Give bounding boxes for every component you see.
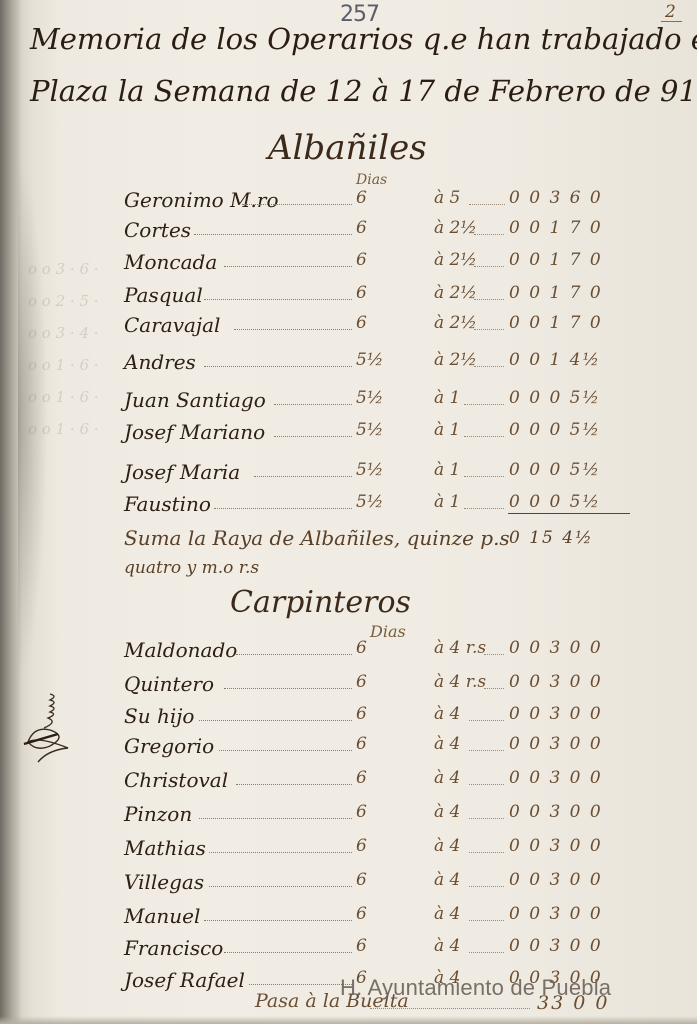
- dotted-leader: [464, 436, 504, 437]
- dotted-leader: [469, 818, 504, 819]
- worker-rate: à 2½: [434, 350, 477, 370]
- worker-days: 5½: [356, 460, 383, 480]
- worker-rate: à 2½: [434, 250, 477, 270]
- bleed-through-text: o o 1 · 6 ·: [28, 388, 99, 406]
- dotted-leader: [224, 952, 352, 953]
- worker-name: Maldonado: [124, 638, 237, 662]
- document-title-line-2: Plaza la Semana de 12 à 17 de Febrero de…: [30, 74, 697, 108]
- worker-row: Quintero 6 à 4 r.s 0 0 3 0 0: [124, 672, 664, 700]
- sum-label: Suma la Raya de Albañiles, quinze p.s: [124, 526, 510, 550]
- worker-days: 5½: [356, 388, 383, 408]
- dotted-leader: [474, 266, 504, 267]
- dotted-leader: [464, 404, 504, 405]
- dotted-leader: [274, 436, 352, 437]
- worker-days: 6: [356, 188, 367, 208]
- dotted-leader: [469, 886, 504, 887]
- worker-name: Juan Santiago: [124, 388, 266, 412]
- dotted-leader: [474, 329, 504, 330]
- worker-row: Josef Mariano 5½ à 1 0 0 0 5½: [124, 420, 664, 448]
- worker-rate: à 5: [434, 188, 460, 208]
- worker-name: Gregorio: [124, 734, 214, 758]
- worker-name: Pasqual: [124, 283, 203, 307]
- dotted-leader: [224, 688, 352, 689]
- albaniles-sum-continuation: quatro y m.o r.s: [124, 558, 259, 578]
- sum-amount: 0 15 4½: [509, 528, 594, 548]
- dotted-leader: [370, 1008, 530, 1009]
- dotted-leader: [469, 750, 504, 751]
- worker-row: Faustino 5½ à 1 0 0 0 5½: [124, 492, 664, 520]
- dotted-leader: [274, 404, 352, 405]
- worker-days: 6: [356, 836, 367, 856]
- worker-amount: 0 0 1 7 0: [509, 250, 603, 270]
- worker-rate: à 1: [434, 460, 460, 480]
- worker-name: Cortes: [124, 218, 191, 242]
- dotted-leader: [464, 508, 504, 509]
- dotted-leader: [484, 654, 504, 655]
- dotted-leader: [209, 852, 352, 853]
- dotted-leader: [204, 299, 352, 300]
- page-number: 2: [665, 2, 676, 22]
- document-title-line-1: Memoria de los Operarios q.e han trabaja…: [30, 22, 697, 56]
- worker-row: Gregorio 6 à 4 0 0 3 0 0: [124, 734, 664, 762]
- dotted-leader: [254, 476, 352, 477]
- worker-days: 6: [356, 936, 367, 956]
- worker-name: Francisco: [124, 936, 223, 960]
- worker-rate: à 1: [434, 388, 460, 408]
- worker-row: Pinzon 6 à 4 0 0 3 0 0: [124, 802, 664, 830]
- dotted-leader: [484, 688, 504, 689]
- worker-amount: 0 0 3 0 0: [509, 704, 603, 724]
- worker-amount: 0 0 3 0 0: [509, 870, 603, 890]
- worker-amount: 0 0 3 0 0: [509, 836, 603, 856]
- signature-flourish-icon: [20, 690, 80, 770]
- dotted-leader: [469, 784, 504, 785]
- worker-name: Quintero: [124, 672, 214, 696]
- dotted-leader: [469, 852, 504, 853]
- sum-rule: [508, 513, 630, 514]
- worker-row: Manuel 6 à 4 0 0 3 0 0: [124, 904, 664, 932]
- worker-name: Villegas: [124, 870, 204, 894]
- worker-row: Cortes 6 à 2½ 0 0 1 7 0: [124, 218, 664, 246]
- worker-days: 5½: [356, 420, 383, 440]
- worker-name: Josef Mariano: [124, 420, 265, 444]
- title-line-2-text: Plaza la Semana de 12 à 17 de Febrero de…: [30, 74, 697, 108]
- worker-days: 6: [356, 734, 367, 754]
- dotted-leader: [204, 920, 352, 921]
- dotted-leader: [209, 886, 352, 887]
- dotted-leader: [474, 366, 504, 367]
- bleed-through-text: o o 1 · 6 ·: [28, 420, 99, 438]
- worker-amount: 0 0 1 7 0: [509, 283, 603, 303]
- dotted-leader: [219, 750, 352, 751]
- worker-rate: à 4: [434, 734, 460, 754]
- worker-rate: à 2½: [434, 313, 477, 333]
- bleed-through-text: o o 1 · 6 ·: [28, 356, 99, 374]
- dotted-leader: [204, 366, 352, 367]
- worker-amount: 0 0 3 6 0: [509, 188, 603, 208]
- dotted-leader: [469, 204, 505, 205]
- worker-name: Caravajal: [124, 313, 220, 337]
- worker-rate: à 4 r.s: [434, 672, 486, 692]
- worker-row: Caravajal 6 à 2½ 0 0 1 7 0: [124, 313, 664, 341]
- worker-amount: 0 0 0 5½: [509, 460, 601, 480]
- worker-row: Moncada 6 à 2½ 0 0 1 7 0: [124, 250, 664, 278]
- worker-days: 6: [356, 250, 367, 270]
- bleed-through-text: o o 3 · 6 ·: [28, 260, 99, 278]
- worker-amount: 0 0 1 4½: [509, 350, 601, 370]
- bleed-through-text: o o 2 · 5 ·: [28, 292, 99, 310]
- worker-name: Josef Rafael: [124, 968, 245, 992]
- dotted-leader: [249, 984, 352, 985]
- worker-row: Christoval 6 à 4 0 0 3 0 0: [124, 768, 664, 796]
- worker-rate: à 4: [434, 836, 460, 856]
- worker-amount: 0 0 0 5½: [509, 420, 601, 440]
- column-header-dias: Dias: [356, 172, 387, 188]
- page-bottom-edge: [0, 1016, 697, 1024]
- worker-days: 6: [356, 283, 367, 303]
- worker-name: Mathias: [124, 836, 206, 860]
- worker-name: Su hijo: [124, 704, 194, 728]
- worker-name: Josef Maria: [124, 460, 240, 484]
- worker-amount: 0 0 1 7 0: [509, 218, 603, 238]
- dotted-leader: [464, 476, 504, 477]
- worker-rate: à 4: [434, 802, 460, 822]
- worker-days: 6: [356, 870, 367, 890]
- worker-rate: à 4: [434, 704, 460, 724]
- dotted-leader: [474, 299, 504, 300]
- worker-rate: à 1: [434, 420, 460, 440]
- worker-name: Moncada: [124, 250, 217, 274]
- worker-days: 6: [356, 638, 367, 658]
- worker-row: Mathias 6 à 4 0 0 3 0 0: [124, 836, 664, 864]
- archive-watermark: H. Ayuntamiento de Puebla: [340, 975, 611, 1001]
- worker-amount: 0 0 3 0 0: [509, 904, 603, 924]
- dotted-leader: [194, 234, 352, 235]
- dotted-leader: [469, 720, 504, 721]
- worker-name: Christoval: [124, 768, 228, 792]
- dotted-leader: [224, 266, 352, 267]
- worker-row: Villegas 6 à 4 0 0 3 0 0: [124, 870, 664, 898]
- worker-row: Josef Maria 5½ à 1 0 0 0 5½: [124, 460, 664, 488]
- worker-row: Juan Santiago 5½ à 1 0 0 0 5½: [124, 388, 664, 416]
- dotted-leader: [469, 952, 504, 953]
- worker-amount: 0 0 0 5½: [509, 388, 601, 408]
- dotted-leader: [469, 920, 504, 921]
- dotted-leader: [199, 720, 352, 721]
- worker-days: 6: [356, 313, 367, 333]
- worker-name: Geronimo M.ro: [124, 188, 279, 212]
- worker-days: 6: [356, 672, 367, 692]
- dotted-leader: [236, 654, 352, 655]
- worker-amount: 0 0 0 5½: [509, 492, 601, 512]
- worker-name: Manuel: [124, 904, 200, 928]
- worker-amount: 0 0 3 0 0: [509, 936, 603, 956]
- worker-row: Francisco 6 à 4 0 0 3 0 0: [124, 936, 664, 964]
- worker-amount: 0 0 3 0 0: [509, 638, 603, 658]
- dotted-leader: [234, 329, 352, 330]
- worker-days: 5½: [356, 350, 383, 370]
- worker-rate: à 2½: [434, 283, 477, 303]
- worker-row: Geronimo M.ro 6 à 5 0 0 3 6 0: [124, 188, 664, 216]
- worker-row: Su hijo 6 à 4 0 0 3 0 0: [124, 704, 664, 732]
- section-heading-carpinteros: Carpinteros: [230, 585, 411, 620]
- worker-amount: 0 0 3 0 0: [509, 734, 603, 754]
- worker-days: 5½: [356, 492, 383, 512]
- worker-days: 6: [356, 904, 367, 924]
- worker-rate: à 4: [434, 936, 460, 956]
- dotted-leader: [214, 508, 352, 509]
- worker-days: 6: [356, 218, 367, 238]
- worker-rate: à 4 r.s: [434, 638, 486, 658]
- worker-amount: 0 0 3 0 0: [509, 768, 603, 788]
- dotted-leader: [474, 234, 504, 235]
- worker-days: 6: [356, 704, 367, 724]
- worker-rate: à 1: [434, 492, 460, 512]
- albaniles-sum-line: Suma la Raya de Albañiles, quinze p.s 0 …: [124, 526, 510, 550]
- worker-rate: à 4: [434, 904, 460, 924]
- bleed-through-text: o o 3 · 4 ·: [28, 324, 99, 342]
- worker-amount: 0 0 3 0 0: [509, 672, 603, 692]
- worker-rate: à 2½: [434, 218, 477, 238]
- dotted-leader: [236, 784, 352, 785]
- worker-rate: à 4: [434, 768, 460, 788]
- worker-name: Pinzon: [124, 802, 192, 826]
- worker-amount: 0 0 1 7 0: [509, 313, 603, 333]
- worker-row: Andres 5½ à 2½ 0 0 1 4½: [124, 350, 664, 378]
- dotted-leader: [242, 204, 352, 205]
- worker-amount: 0 0 3 0 0: [509, 802, 603, 822]
- dotted-leader: [199, 818, 352, 819]
- worker-rate: à 4: [434, 870, 460, 890]
- worker-days: 6: [356, 802, 367, 822]
- section-heading-albaniles: Albañiles: [268, 128, 427, 168]
- manuscript-page: o o 3 · 6 · o o 2 · 5 · o o 3 · 4 · o o …: [0, 0, 697, 1024]
- worker-row: Pasqual 6 à 2½ 0 0 1 7 0: [124, 283, 664, 311]
- worker-days: 6: [356, 768, 367, 788]
- worker-row: Maldonado 6 à 4 r.s 0 0 3 0 0: [124, 638, 664, 666]
- worker-name: Faustino: [124, 492, 211, 516]
- worker-name: Andres: [124, 350, 196, 374]
